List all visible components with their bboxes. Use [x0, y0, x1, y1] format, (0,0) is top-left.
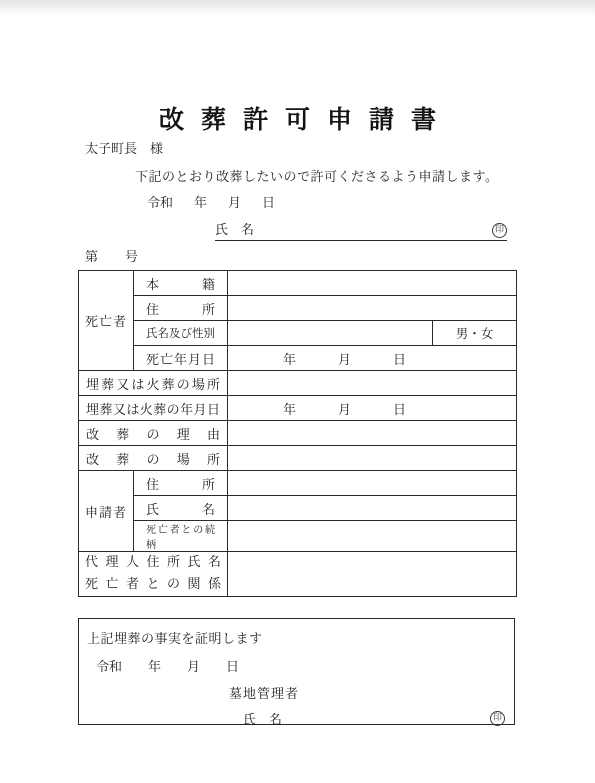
death-date-value-cell: 年 月 日 — [228, 346, 517, 371]
table-row: 住所 — [79, 296, 517, 321]
era-label: 令和 — [96, 656, 122, 675]
year-label: 年 — [148, 656, 161, 675]
year-label: 年 — [194, 192, 207, 211]
table-row: 氏名 — [79, 496, 517, 521]
table-row: 埋葬又は火葬の年月日 年 月 日 — [79, 396, 517, 421]
reburial-place-value-cell — [228, 446, 517, 471]
table-row: 死亡者 本籍 — [79, 271, 517, 296]
certification-date-line: 令和 年 月 日 — [96, 656, 239, 675]
seal-icon: 印 — [492, 223, 507, 238]
burial-date-label-cell: 埋葬又は火葬の年月日 — [79, 396, 228, 421]
reburial-reason-label: 改葬の理由 — [79, 424, 227, 443]
deceased-address-label: 住所 — [134, 299, 227, 318]
applicant-signature-line: 氏 名 印 — [215, 219, 507, 241]
burial-place-value-cell — [228, 371, 517, 396]
agent-value-cell — [228, 552, 517, 597]
relationship-label: 死亡者との続柄 — [134, 521, 227, 551]
table-row: 氏名及び性別 男・女 — [79, 321, 517, 346]
seal-icon: 印 — [490, 711, 505, 726]
applicant-name-value-cell — [228, 496, 517, 521]
name-sex-value-cell — [228, 321, 433, 346]
day-label: 日 — [393, 399, 406, 418]
table-row: 申請者 住所 — [79, 471, 517, 496]
burial-place-label-cell: 埋葬又は火葬の場所 — [79, 371, 228, 396]
burial-date-label: 埋葬又は火葬の年月日 — [79, 399, 227, 418]
relationship-label-cell: 死亡者との続柄 — [134, 521, 228, 552]
death-date-label: 死亡年月日 — [134, 349, 227, 368]
reburial-place-label: 改葬の場所 — [79, 449, 227, 468]
month-label: 月 — [338, 349, 351, 368]
month-label: 月 — [338, 399, 351, 418]
domicile-label-cell: 本籍 — [134, 271, 228, 296]
agent-label-line1: 代理人住所氏名 — [79, 552, 227, 574]
page-top-shadow — [0, 0, 595, 16]
applicant-name-label-cell: 氏名 — [134, 496, 228, 521]
death-date-label-cell: 死亡年月日 — [134, 346, 228, 371]
docno-suffix: 号 — [125, 246, 138, 265]
certification-statement: 上記埋葬の事実を証明します — [87, 628, 263, 647]
year-label: 年 — [283, 399, 296, 418]
reburial-reason-label-cell: 改葬の理由 — [79, 421, 228, 446]
table-row: 死亡者との続柄 — [79, 521, 517, 552]
burial-date-value-cell: 年 月 日 — [228, 396, 517, 421]
table-row: 改葬の場所 — [79, 446, 517, 471]
agent-label-cell: 代理人住所氏名 死亡者との関係 — [79, 552, 228, 597]
domicile-label: 本籍 — [134, 274, 227, 293]
burial-certification-box: 上記埋葬の事実を証明します 令和 年 月 日 墓地管理者 氏 名 印 — [78, 618, 515, 725]
burial-date-tokens: 年 月 日 — [228, 399, 516, 418]
applicant-name-label: 氏名 — [134, 499, 227, 518]
day-label: 日 — [262, 192, 275, 211]
deceased-group-cell: 死亡者 — [79, 271, 134, 371]
name-sex-label: 氏名及び性別 — [134, 325, 227, 341]
year-label: 年 — [283, 349, 296, 368]
month-label: 月 — [187, 656, 200, 675]
name-sex-label-cell: 氏名及び性別 — [134, 321, 228, 346]
applicant-address-value-cell — [228, 471, 517, 496]
reburial-reason-value-cell — [228, 421, 517, 446]
declaration-sentence: 下記のとおり改葬したいので許可くださるよう申請します。 — [135, 166, 498, 185]
cemetery-manager-label: 墓地管理者 — [229, 683, 299, 702]
month-label: 月 — [228, 192, 241, 211]
domicile-value-cell — [228, 271, 517, 296]
manager-signature-line: 氏 名 印 — [79, 709, 514, 728]
table-row: 死亡年月日 年 月 日 — [79, 346, 517, 371]
table-row: 埋葬又は火葬の場所 — [79, 371, 517, 396]
reburial-place-label-cell: 改葬の場所 — [79, 446, 228, 471]
day-label: 日 — [226, 656, 239, 675]
day-label: 日 — [393, 349, 406, 368]
application-date-line: 令和 年 月 日 — [147, 192, 275, 211]
docno-prefix: 第 — [85, 246, 98, 265]
sex-options-cell: 男・女 — [433, 321, 517, 346]
applicant-group-cell: 申請者 — [79, 471, 134, 552]
deceased-address-label-cell: 住所 — [134, 296, 228, 321]
application-form-table: 死亡者 本籍 住所 氏名及び性別 男・女 死亡年月日 年 月 日 埋葬又は火葬の… — [78, 270, 517, 597]
table-row: 代理人住所氏名 死亡者との関係 — [79, 552, 517, 597]
applicant-address-label-cell: 住所 — [134, 471, 228, 496]
name-label: 氏 名 — [243, 709, 282, 728]
table-row: 改葬の理由 — [79, 421, 517, 446]
death-date-tokens: 年 月 日 — [228, 349, 516, 368]
document-title: 改葬許可申請書 — [0, 100, 595, 136]
document-number-line: 第 号 — [85, 246, 138, 265]
applicant-address-label: 住所 — [134, 474, 227, 493]
name-label: 氏 名 — [215, 219, 254, 238]
deceased-address-value-cell — [228, 296, 517, 321]
agent-label-line2: 死亡者との関係 — [79, 574, 227, 596]
addressee-line: 太子町長 様 — [85, 138, 163, 157]
era-label: 令和 — [147, 192, 173, 211]
burial-place-label: 埋葬又は火葬の場所 — [79, 374, 227, 393]
relationship-value-cell — [228, 521, 517, 552]
